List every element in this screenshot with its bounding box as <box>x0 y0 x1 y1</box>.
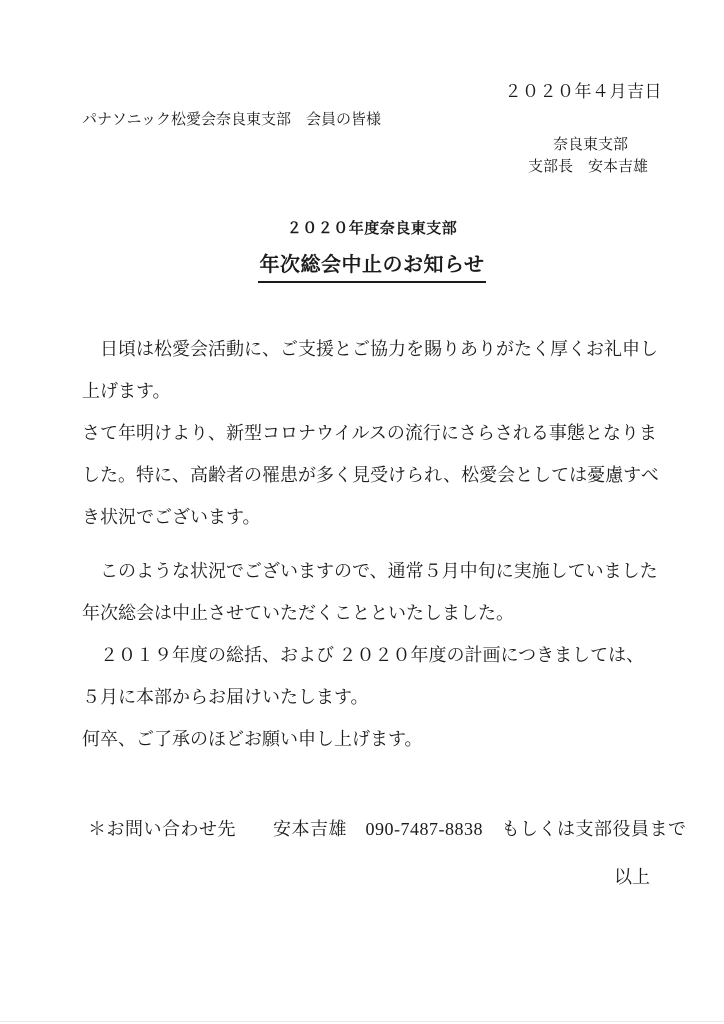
body-line: 何卒、ご了承のほどお願い申し上げます。 <box>82 718 662 760</box>
paragraph-cancellation: このような状況でございますので、通常５月中旬に実施していました 年次総会は中止さ… <box>82 550 662 634</box>
body-line: 年次総会は中止させていただくことといたしました。 <box>82 592 662 634</box>
page-bottom-edge <box>0 1021 724 1022</box>
document-content: ２０２０年４月吉日 パナソニック松愛会奈良東支部 会員の皆様 奈良東支部 支部長… <box>0 0 724 898</box>
paragraph-greeting: 日頃は松愛会活動に、ご支援とご協力を賜りありがたく厚くお礼申し 上げます。 <box>82 328 662 412</box>
notice-subtitle: ２０２０年度奈良東支部 <box>82 218 662 240</box>
contact-line: ＊お問い合わせ先 安本吉雄 090-7487-8838 もしくは支部役員まで <box>82 808 662 850</box>
closing-line: 以上 <box>82 856 662 898</box>
addressee-line: パナソニック松愛会奈良東支部 会員の皆様 <box>82 107 662 134</box>
body-line: き状況でございます。 <box>82 496 662 538</box>
body-line: ２０１９年度の総括、および ２０２０年度の計画につきましては、 <box>82 634 662 676</box>
document-page: ２０２０年４月吉日 パナソニック松愛会奈良東支部 会員の皆様 奈良東支部 支部長… <box>0 0 724 1024</box>
body-line: 上げます。 <box>82 370 662 412</box>
date-line: ２０２０年４月吉日 <box>82 78 662 105</box>
sender-org-line: 奈良東支部 <box>82 134 662 156</box>
sender-person-line: 支部長 安本吉雄 <box>82 156 662 178</box>
notice-body: 日頃は松愛会活動に、ご支援とご協力を賜りありがたく厚くお礼申し 上げます。 さて… <box>82 328 662 760</box>
paragraph-request: 何卒、ご了承のほどお願い申し上げます。 <box>82 718 662 760</box>
body-line: さて年明けより、新型コロナウイルスの流行にさらされる事態となりま <box>82 412 662 454</box>
body-line: このような状況でございますので、通常５月中旬に実施していました <box>82 550 662 592</box>
body-line: した。特に、高齢者の罹患が多く見受けられ、松愛会としては憂慮すべ <box>82 454 662 496</box>
notice-title: 年次総会中止のお知らせ <box>258 250 487 283</box>
notice-title-row: 年次総会中止のお知らせ <box>82 250 662 283</box>
body-line: ５月に本部からお届けいたします。 <box>82 676 662 718</box>
body-line: 日頃は松愛会活動に、ご支援とご協力を賜りありがたく厚くお礼申し <box>82 328 662 370</box>
paragraph-situation: さて年明けより、新型コロナウイルスの流行にさらされる事態となりま した。特に、高… <box>82 412 662 538</box>
paragraph-plan: ２０１９年度の総括、および ２０２０年度の計画につきましては、 ５月に本部からお… <box>82 634 662 718</box>
